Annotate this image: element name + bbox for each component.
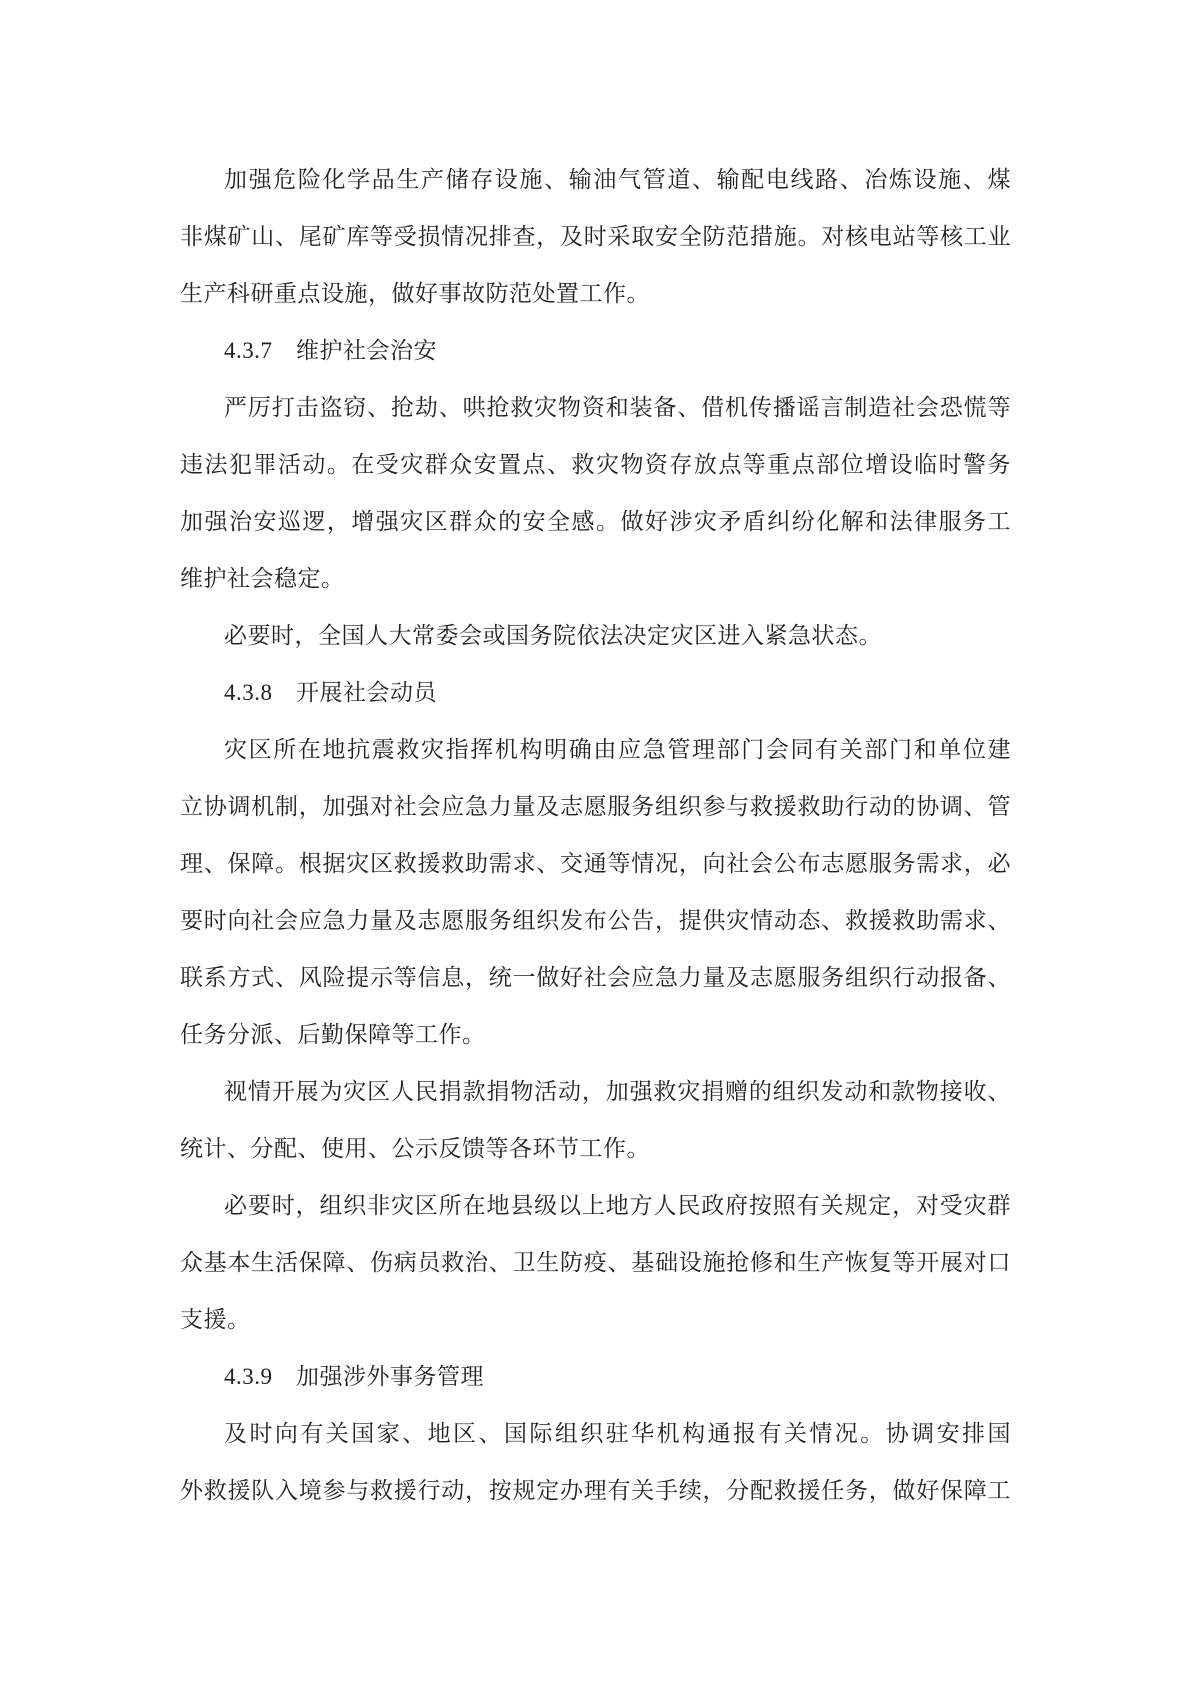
paragraph-line: 立协调机制，加强对社会应急力量及志愿服务组织参与救援救助行动的协调、管 <box>180 778 1011 835</box>
document-text-body: 加强危险化学品生产储存设施、输油气管道、输配电线路、冶炼设施、煤矿、非煤矿山、尾… <box>180 151 1011 1519</box>
paragraph-line: 外救援队入境参与救援行动，按规定办理有关手续，分配救援任务，做好保障工 <box>180 1462 1011 1519</box>
paragraph-line: 理、保障。根据灾区救援救助需求、交通等情况，向社会公布志愿服务需求，必 <box>180 835 1011 892</box>
section-heading: 4.3.9 加强涉外事务管理 <box>180 1348 1011 1405</box>
paragraph-line: 统计、分配、使用、公示反馈等各环节工作。 <box>180 1120 1011 1177</box>
paragraph-line: 生产科研重点设施，做好事故防范处置工作。 <box>180 265 1011 322</box>
paragraph-line: 任务分派、后勤保障等工作。 <box>180 1006 1011 1063</box>
paragraph-line: 及时向有关国家、地区、国际组织驻华机构通报有关情况。协调安排国（境） <box>180 1405 1011 1462</box>
document-page: 加强危险化学品生产储存设施、输油气管道、输配电线路、冶炼设施、煤矿、非煤矿山、尾… <box>0 0 1191 1684</box>
paragraph-line: 视情开展为灾区人民捐款捐物活动，加强救灾捐赠的组织发动和款物接收、 <box>180 1063 1011 1120</box>
paragraph-line: 加强危险化学品生产储存设施、输油气管道、输配电线路、冶炼设施、煤矿、 <box>180 151 1011 208</box>
paragraph-line: 必要时，全国人大常委会或国务院依法决定灾区进入紧急状态。 <box>180 607 1011 664</box>
section-heading: 4.3.7 维护社会治安 <box>180 322 1011 379</box>
paragraph-line: 支援。 <box>180 1291 1011 1348</box>
paragraph-line: 要时向社会应急力量及志愿服务组织发布公告，提供灾情动态、救援救助需求、 <box>180 892 1011 949</box>
paragraph-line: 众基本生活保障、伤病员救治、卫生防疫、基础设施抢修和生产恢复等开展对口 <box>180 1234 1011 1291</box>
paragraph-line: 联系方式、风险提示等信息，统一做好社会应急力量及志愿服务组织行动报备、 <box>180 949 1011 1006</box>
paragraph-line: 灾区所在地抗震救灾指挥机构明确由应急管理部门会同有关部门和单位建 <box>180 721 1011 778</box>
paragraph-line: 严厉打击盗窃、抢劫、哄抢救灾物资和装备、借机传播谣言制造社会恐慌等 <box>180 379 1011 436</box>
paragraph-line: 非煤矿山、尾矿库等受损情况排查，及时采取安全防范措施。对核电站等核工业 <box>180 208 1011 265</box>
paragraph-line: 加强治安巡逻，增强灾区群众的安全感。做好涉灾矛盾纠纷化解和法律服务工作， <box>180 493 1011 550</box>
paragraph-line: 违法犯罪活动。在受灾群众安置点、救灾物资存放点等重点部位增设临时警务站， <box>180 436 1011 493</box>
section-heading: 4.3.8 开展社会动员 <box>180 664 1011 721</box>
paragraph-line: 维护社会稳定。 <box>180 550 1011 607</box>
paragraph-line: 必要时，组织非灾区所在地县级以上地方人民政府按照有关规定，对受灾群 <box>180 1177 1011 1234</box>
